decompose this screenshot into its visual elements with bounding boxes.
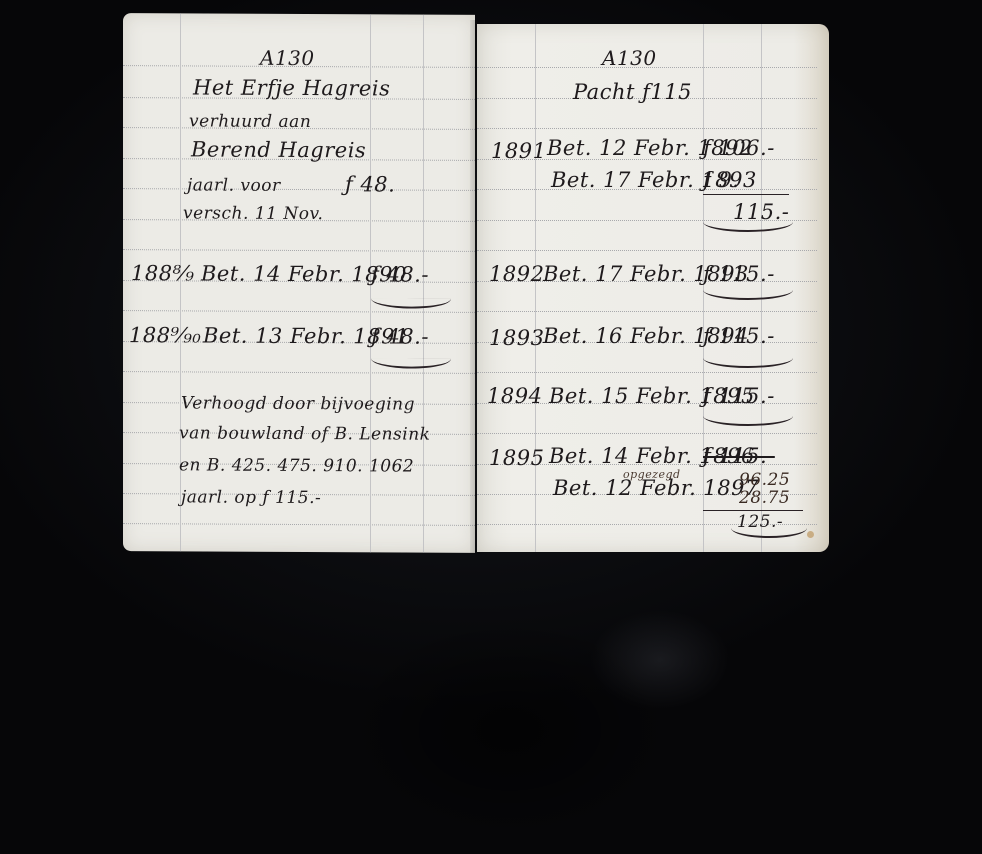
entry-amount-struck: ƒ 115.- bbox=[703, 444, 775, 468]
right-page-heading: A130 bbox=[602, 46, 657, 70]
entry-year: 1893 bbox=[489, 326, 544, 350]
sum-rule bbox=[703, 510, 803, 511]
sum-rule bbox=[703, 194, 789, 195]
property-title-line: Het Erfje Hagreis bbox=[193, 75, 390, 100]
ruled-line bbox=[477, 433, 817, 434]
total-brace bbox=[371, 358, 451, 368]
property-title-line: versch. 11 Nov. bbox=[183, 203, 323, 224]
total-brace bbox=[703, 222, 793, 232]
entry-year: 1891 bbox=[491, 139, 546, 163]
note-line: Verhoogd door bijvoeging bbox=[181, 393, 415, 414]
rent-amount: ƒ 48. bbox=[345, 172, 395, 196]
entry-amount: ƒ 115.- bbox=[703, 324, 775, 348]
entry-amount: ƒ 115.- bbox=[703, 262, 775, 286]
entry-amount: ƒ 106.- bbox=[703, 136, 775, 160]
entry-amount: 28.75 bbox=[739, 488, 790, 508]
entry-year: 1895 bbox=[489, 446, 544, 470]
note-line: en B. 425. 475. 910. 1062 bbox=[179, 455, 414, 476]
entry-year: 188⁸⁄₉ bbox=[131, 261, 194, 285]
entry-amount: ƒ 9. bbox=[703, 168, 739, 192]
ruled-line bbox=[477, 128, 817, 129]
total-brace bbox=[731, 528, 807, 538]
note-line: van bouwland of B. Lensink bbox=[179, 423, 430, 444]
margin-line bbox=[535, 24, 536, 552]
left-page: A130 Het Erfje Hagreis verhuurd aan Bere… bbox=[123, 13, 475, 553]
total-brace bbox=[703, 358, 793, 368]
entry-amount: 96.25 bbox=[739, 470, 790, 490]
total-brace bbox=[703, 416, 793, 426]
background-reflection bbox=[590, 610, 730, 710]
entry-amount: ƒ 48.- bbox=[371, 262, 429, 286]
note-line: jaarl. op ƒ 115.- bbox=[181, 487, 321, 508]
entry-text: Bet. 12 Febr. 1897 bbox=[553, 476, 759, 500]
entry-amount: ƒ 115.- bbox=[703, 384, 775, 408]
ruled-line bbox=[477, 311, 817, 312]
property-title-line: jaarl. voor bbox=[187, 175, 281, 195]
entry-total: 115.- bbox=[733, 200, 789, 224]
paper-stain bbox=[807, 531, 814, 538]
property-title-line: Berend Hagreis bbox=[191, 137, 366, 162]
entry-year: 1894 bbox=[487, 384, 542, 408]
ruled-line bbox=[477, 250, 817, 251]
column-line bbox=[703, 24, 704, 552]
lease-subtitle: Pacht ƒ115 bbox=[573, 80, 692, 104]
ruled-line bbox=[477, 372, 817, 373]
entry-amount: ƒ 48.- bbox=[371, 324, 429, 348]
total-brace bbox=[703, 290, 793, 300]
entry-year: 188⁹⁄₉₀ bbox=[129, 323, 201, 347]
property-title-line: verhuurd aan bbox=[189, 111, 311, 132]
total-brace bbox=[371, 298, 451, 308]
left-page-heading: A130 bbox=[260, 46, 315, 70]
entry-year: 1892 bbox=[489, 262, 544, 286]
right-page: A130 Pacht ƒ115 1891 Bet. 12 Febr. 1892 … bbox=[477, 24, 829, 552]
